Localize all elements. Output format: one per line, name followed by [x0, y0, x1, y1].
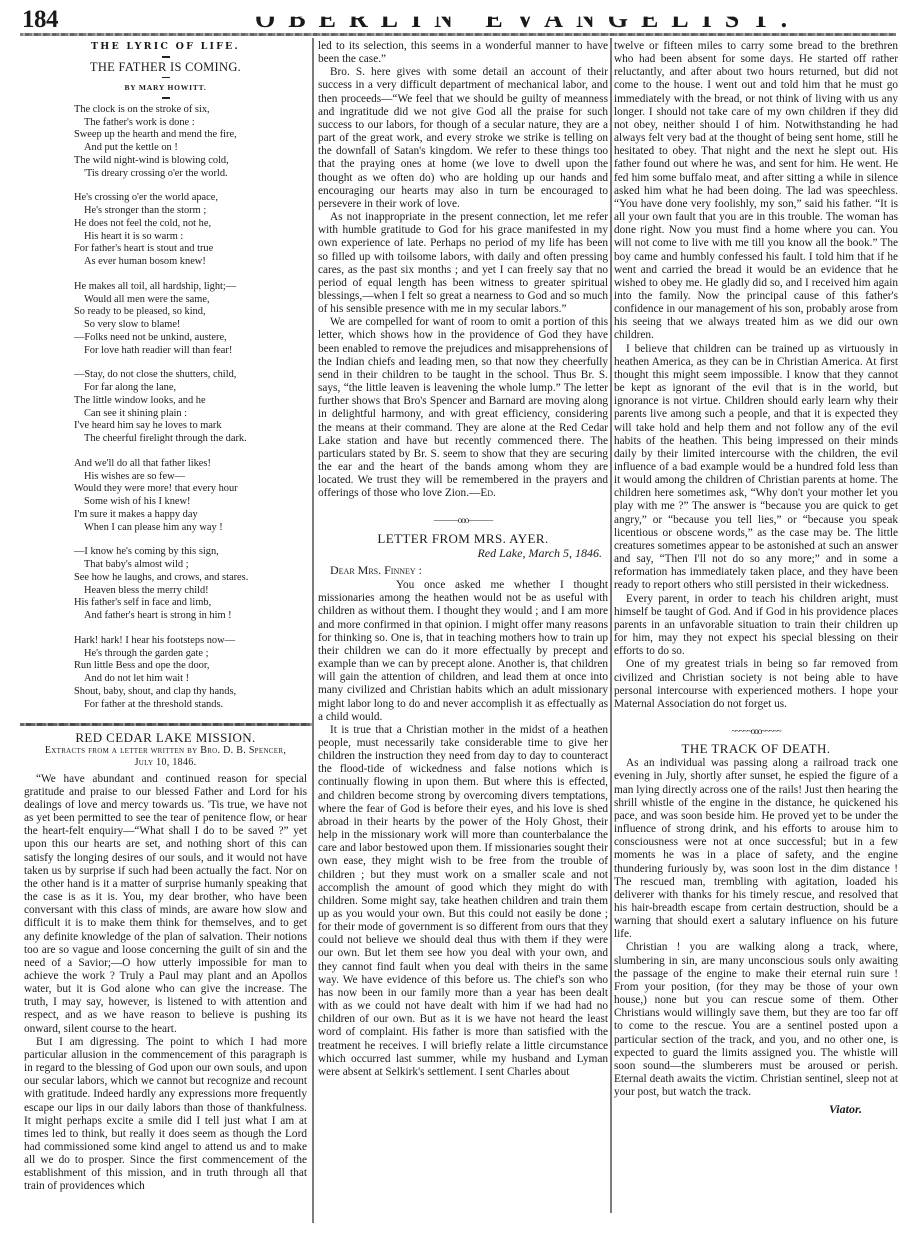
poem-stanza: Hark! hark! I hear his footsteps now—He'…: [74, 635, 307, 712]
paragraph: One of my greatest trials in being so fa…: [614, 658, 898, 711]
poem-line: He's crossing o'er the world apace,: [74, 192, 307, 205]
poem-line: He does not feel the cold, not he,: [74, 218, 307, 231]
column-1: THE LYRIC OF LIFE. THE FATHER IS COMING.…: [24, 38, 307, 1194]
page-number: 184: [22, 6, 58, 34]
poem-line: Hark! hark! I hear his footsteps now—: [74, 635, 307, 648]
dash-divider: [162, 56, 170, 58]
poem-body: The clock is on the stroke of six,The fa…: [74, 104, 307, 712]
paragraph: As an individual was passing along a rai…: [614, 757, 898, 941]
poem-stanza: —Stay, do not close the shutters, child,…: [74, 369, 307, 446]
poem-line: Shout, baby, shout, and clap thy hands,: [74, 686, 307, 699]
mission-article: RED CEDAR LAKE MISSION. Extracts from a …: [24, 731, 307, 1193]
masthead-rule: [20, 33, 896, 36]
poem-line: —I know he's coming by this sign,: [74, 546, 307, 559]
poem-line: When I can please him any way !: [74, 522, 307, 535]
paragraph: twelve or fifteen miles to carry some br…: [614, 40, 898, 343]
poem-line: And we'll do all that father likes!: [74, 458, 307, 471]
ornament-separator: ~~~~~ooo~~~~~: [614, 725, 898, 738]
poem-line: And father's heart is strong in him !: [74, 610, 307, 623]
column-divider: [610, 38, 612, 1213]
poem-line: Would they were more! that every hour: [74, 483, 307, 496]
ayer-dateline: Red Lake, March 5, 1846.: [318, 547, 602, 560]
poem-line: As ever human bosom knew!: [74, 256, 307, 269]
poem-stanza: —I know he's coming by this sign,That ba…: [74, 546, 307, 623]
paragraph: I believe that children can be trained u…: [614, 343, 898, 593]
section-rule: [20, 723, 312, 726]
poem-line: For father at the threshold stands.: [74, 699, 307, 712]
poem-line: Some wish of his I knew!: [74, 496, 307, 509]
poem-line: Can see it shining plain :: [74, 408, 307, 421]
poem-stanza: He's crossing o'er the world apace,He's …: [74, 192, 307, 269]
poem-author: BY MARY HOWITT.: [24, 81, 307, 94]
poem-line: That baby's almost wild ;: [74, 559, 307, 572]
column-divider: [312, 38, 314, 1223]
poem-article: THE LYRIC OF LIFE. THE FATHER IS COMING.…: [24, 40, 307, 711]
poem-line: For far along the lane,: [74, 382, 307, 395]
paragraph: But I am digressing. The point to which …: [24, 1036, 307, 1194]
mission-subtitle: Extracts from a letter written by Bro. D…: [24, 745, 307, 757]
mission-title: RED CEDAR LAKE MISSION.: [24, 731, 307, 744]
newspaper-title: OBERLIN EVANGELIST.: [255, 4, 895, 34]
ayer-salutation: Dear Mrs. Finney :: [330, 564, 608, 577]
poem-stanza: The clock is on the stroke of six,The fa…: [74, 104, 307, 181]
poem-line: For love hath readier will than fear!: [74, 345, 307, 358]
paragraph: “We have abundant and continued reason f…: [24, 773, 307, 1036]
paragraph: Christian ! you are walking along a trac…: [614, 941, 898, 1099]
paragraph: It is true that a Christian mother in th…: [318, 724, 608, 1079]
masthead: 184 OBERLIN EVANGELIST.: [0, 0, 900, 34]
paragraph: led to its selection, this seems in a wo…: [318, 40, 608, 66]
poem-stanza: He makes all toil, all hardship, light;—…: [74, 281, 307, 358]
poem-line: The little window looks, and he: [74, 395, 307, 408]
poem-line: 'Tis dreary crossing o'er the world.: [74, 168, 307, 181]
poem-line: The wild night-wind is blowing cold,: [74, 155, 307, 168]
poem-line: And do not let him wait !: [74, 673, 307, 686]
poem-line: And put the kettle on !: [74, 142, 307, 155]
poem-line: His wishes are so few—: [74, 471, 307, 484]
poem-line: He makes all toil, all hardship, light;—: [74, 281, 307, 294]
poem-section-kicker: THE LYRIC OF LIFE.: [24, 40, 307, 53]
ayer-letter-title: LETTER FROM MRS. AYER.: [318, 532, 608, 545]
poem-line: —Stay, do not close the shutters, child,: [74, 369, 307, 382]
editor-note: We are compelled for want of room to omi…: [318, 316, 608, 499]
author-signature: Viator.: [614, 1103, 862, 1116]
paragraph: Every parent, in order to teach his chil…: [614, 593, 898, 659]
poem-line: I'm sure it makes a happy day: [74, 509, 307, 522]
paragraph: You once asked me whether I thought miss…: [318, 579, 608, 724]
poem-title: THE FATHER IS COMING.: [24, 61, 307, 74]
poem-line: He's through the garden gate ;: [74, 648, 307, 661]
poem-line: —Folks need not be unkind, austere,: [74, 332, 307, 345]
track-title: THE TRACK OF DEATH.: [614, 742, 898, 755]
editor-mark: —Ed.: [469, 487, 496, 499]
poem-line: I've heard him say he loves to mark: [74, 420, 307, 433]
poem-line: Run little Bess and ope the door,: [74, 660, 307, 673]
column-2: led to its selection, this seems in a wo…: [318, 40, 608, 1079]
poem-line: So ready to be pleased, so kind,: [74, 306, 307, 319]
poem-stanza: And we'll do all that father likes!His w…: [74, 458, 307, 535]
ayer-letter-article: LETTER FROM MRS. AYER. Red Lake, March 5…: [318, 532, 608, 1079]
paragraph: We are compelled for want of room to omi…: [318, 316, 608, 500]
ornament-separator: ———ooo———: [318, 514, 608, 527]
poem-line: Sweep up the hearth and mend the fire,: [74, 129, 307, 142]
paragraph: Bro. S. here gives with some detail an a…: [318, 66, 608, 211]
poem-line: For father's heart is stout and true: [74, 243, 307, 256]
poem-line: The cheerful firelight through the dark.: [74, 433, 307, 446]
track-of-death-article: THE TRACK OF DEATH. As an individual was…: [614, 742, 898, 1116]
column-3: twelve or fifteen miles to carry some br…: [614, 40, 898, 1117]
poem-line: He's stronger than the storm ;: [74, 205, 307, 218]
mission-date: July 10, 1846.: [24, 757, 307, 769]
dash-divider: [162, 77, 170, 79]
poem-line: Heaven bless the merry child!: [74, 585, 307, 598]
poem-line: So very slow to blame!: [74, 319, 307, 332]
poem-line: His heart it is so warm :: [74, 231, 307, 244]
paragraph: As not inappropriate in the present conn…: [318, 211, 608, 316]
poem-line: His father's self in face and limb,: [74, 597, 307, 610]
poem-line: The father's work is done :: [74, 117, 307, 130]
poem-line: Would all men were the same,: [74, 294, 307, 307]
dash-divider: [162, 97, 170, 99]
poem-line: The clock is on the stroke of six,: [74, 104, 307, 117]
poem-line: See how he laughs, and crows, and stares…: [74, 572, 307, 585]
